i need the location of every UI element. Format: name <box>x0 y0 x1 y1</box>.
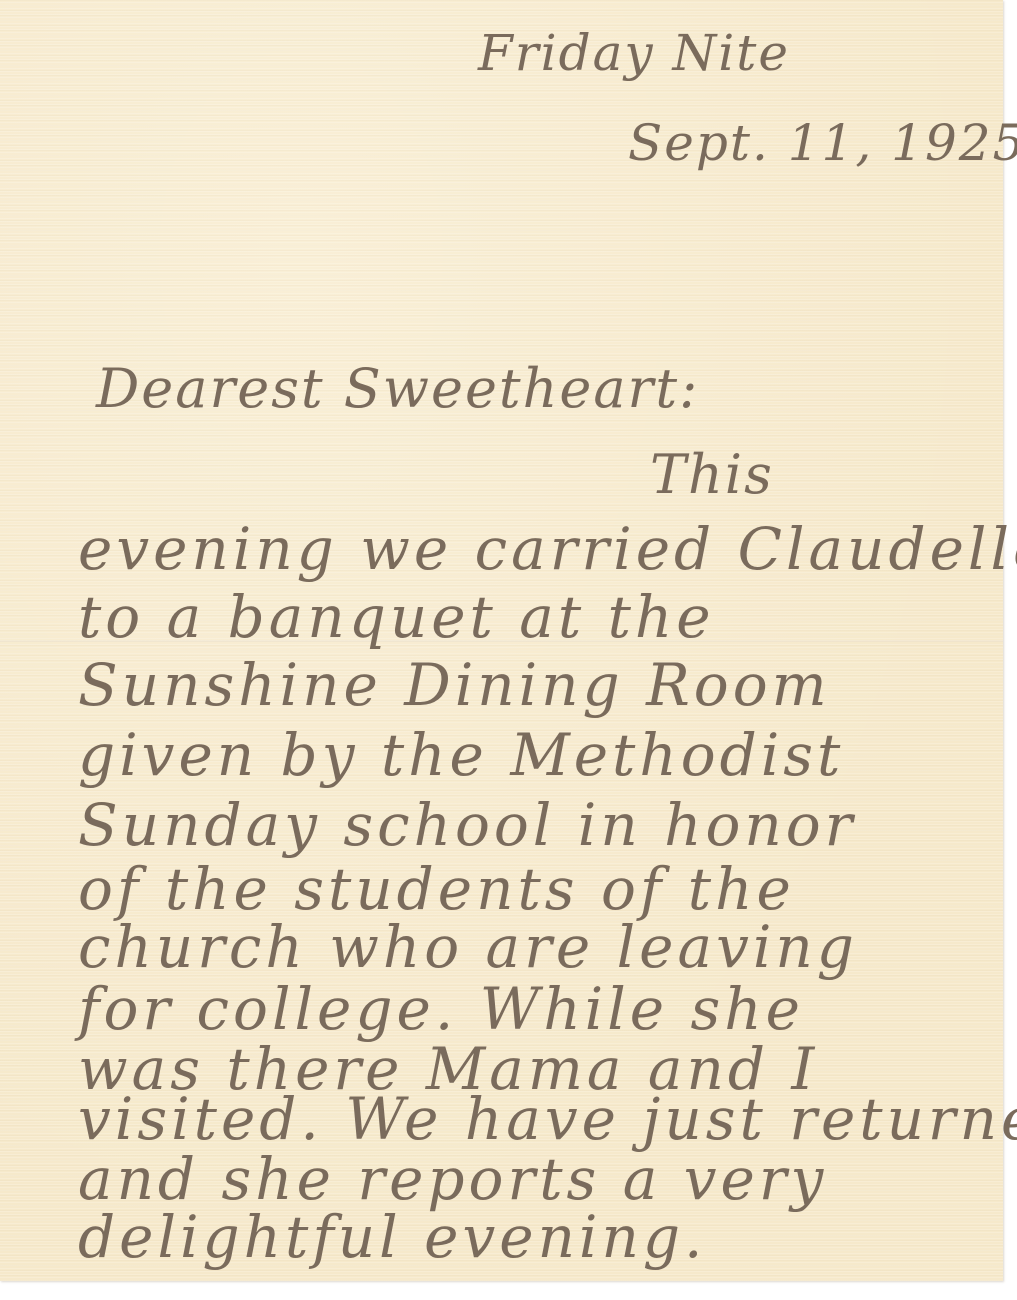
letter-page: Friday Nite Sept. 11, 1925. Dearest Swee… <box>0 0 1003 1281</box>
letter-salutation: Dearest Sweetheart: <box>96 362 699 416</box>
letter-body-line: delightful evening. <box>78 1208 706 1266</box>
letter-body-line: for college. While she <box>78 980 804 1038</box>
letter-body-line: Sunday school in honor <box>78 796 856 854</box>
letter-date-line: Sept. 11, 1925. <box>628 118 1017 168</box>
letter-body-line: evening we carried Claudelle <box>78 520 1017 578</box>
letter-body-line: Sunshine Dining Room <box>78 656 831 714</box>
letter-opening-word: This <box>650 448 774 502</box>
letter-body-line: of the students of the <box>78 860 795 918</box>
letter-body-line: and she reports a very <box>78 1150 827 1208</box>
letter-day-line: Friday Nite <box>478 28 790 78</box>
letter-body-line: visited. We have just returned <box>78 1090 1017 1148</box>
letter-body-line: given by the Methodist <box>78 726 844 784</box>
letter-body-line: to a banquet at the <box>78 588 715 646</box>
letter-body-line: church who are leaving <box>78 918 858 976</box>
